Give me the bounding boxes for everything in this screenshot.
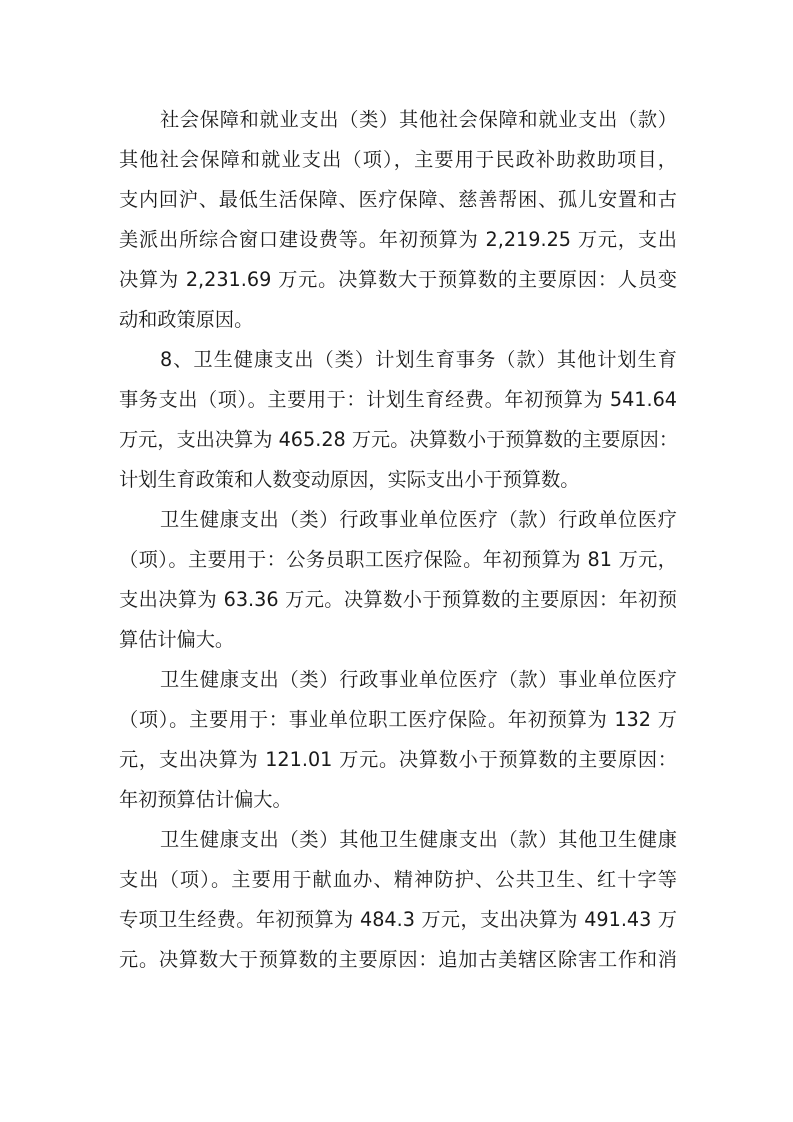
paragraph-social-security-other: 社会保障和就业支出（类）其他社会保障和就业支出（款） 其他社会保障和就业支出（项… — [119, 100, 677, 340]
text-line: 计划生育政策和人数变动原因，实际支出小于预算数。 — [119, 460, 677, 500]
text-line: （项）。主要用于：事业单位职工医疗保险。年初预算为 132 万 — [119, 700, 677, 740]
text-line: 卫生健康支出（类）行政事业单位医疗（款）行政单位医疗 — [119, 500, 677, 540]
paragraph-family-planning-other: 8、卫生健康支出（类）计划生育事务（款）其他计划生育 事务支出（项）。主要用于：… — [119, 340, 677, 500]
paragraph-other-health: 卫生健康支出（类）其他卫生健康支出（款）其他卫生健康 支出（项）。主要用于献血办… — [119, 820, 677, 980]
text-line: 社会保障和就业支出（类）其他社会保障和就业支出（款） — [119, 100, 677, 140]
text-line: 年初预算估计偏大。 — [119, 780, 677, 820]
text-line: 算估计偏大。 — [119, 620, 677, 660]
text-line: 决算为 2,231.69 万元。决算数大于预算数的主要原因：人员变 — [119, 260, 677, 300]
text-line: 元，支出决算为 121.01 万元。决算数小于预算数的主要原因： — [119, 740, 677, 780]
paragraph-public-institution-medical: 卫生健康支出（类）行政事业单位医疗（款）事业单位医疗 （项）。主要用于：事业单位… — [119, 660, 677, 820]
paragraph-admin-unit-medical: 卫生健康支出（类）行政事业单位医疗（款）行政单位医疗 （项）。主要用于：公务员职… — [119, 500, 677, 660]
text-line: 8、卫生健康支出（类）计划生育事务（款）其他计划生育 — [119, 340, 677, 380]
text-line: 支出（项）。主要用于献血办、精神防护、公共卫生、红十字等 — [119, 860, 677, 900]
text-line: 元。决算数大于预算数的主要原因：追加古美辖区除害工作和消 — [119, 940, 677, 980]
document-body: 社会保障和就业支出（类）其他社会保障和就业支出（款） 其他社会保障和就业支出（项… — [119, 100, 677, 980]
text-line: 动和政策原因。 — [119, 300, 677, 340]
text-line: 事务支出（项）。主要用于：计划生育经费。年初预算为 541.64 — [119, 380, 677, 420]
text-line: 其他社会保障和就业支出（项），主要用于民政补助救助项目， — [119, 140, 677, 180]
document-page: 社会保障和就业支出（类）其他社会保障和就业支出（款） 其他社会保障和就业支出（项… — [0, 0, 793, 1122]
text-line: 支出决算为 63.36 万元。决算数小于预算数的主要原因：年初预 — [119, 580, 677, 620]
text-line: 支内回沪、最低生活保障、医疗保障、慈善帮困、孤儿安置和古 — [119, 180, 677, 220]
text-line: （项）。主要用于：公务员职工医疗保险。年初预算为 81 万元， — [119, 540, 677, 580]
text-line: 专项卫生经费。年初预算为 484.3 万元，支出决算为 491.43 万 — [119, 900, 677, 940]
text-line: 万元，支出决算为 465.28 万元。决算数小于预算数的主要原因： — [119, 420, 677, 460]
text-line: 卫生健康支出（类）行政事业单位医疗（款）事业单位医疗 — [119, 660, 677, 700]
text-line: 美派出所综合窗口建设费等。年初预算为 2,219.25 万元，支出 — [119, 220, 677, 260]
text-line: 卫生健康支出（类）其他卫生健康支出（款）其他卫生健康 — [119, 820, 677, 860]
